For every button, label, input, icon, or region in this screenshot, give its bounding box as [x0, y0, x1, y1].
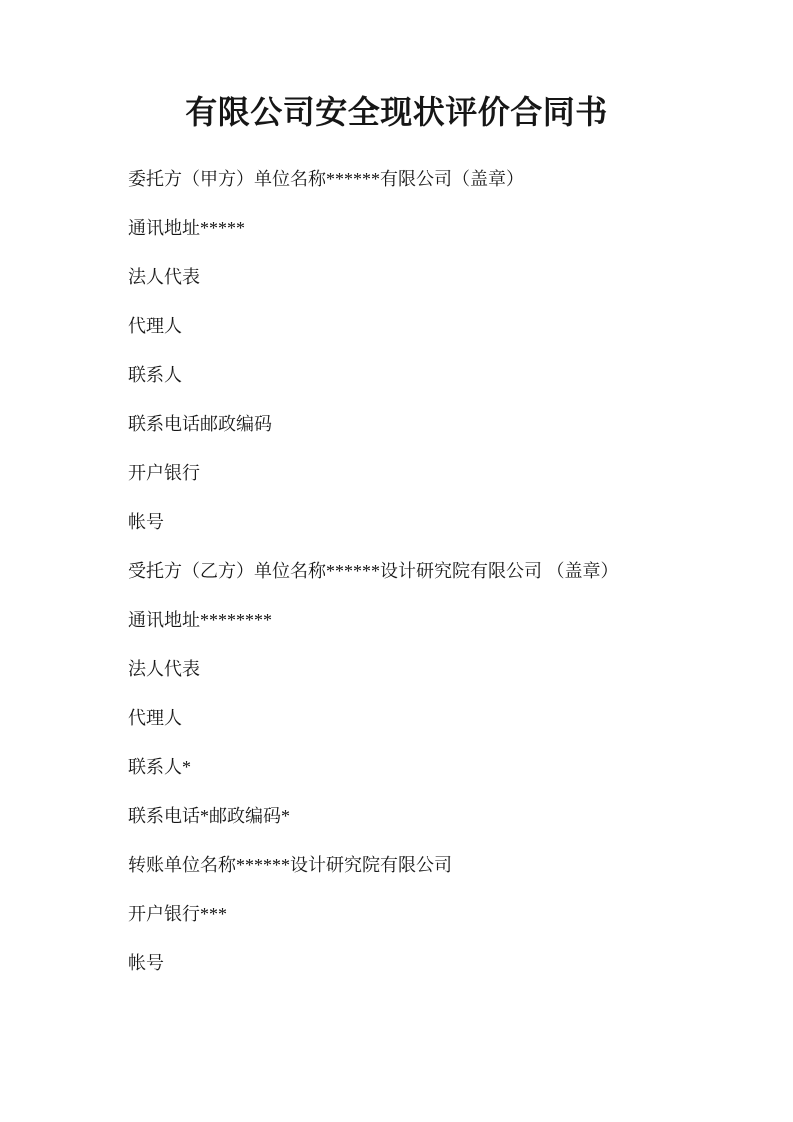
contract-line-party-a-agent: 代理人	[128, 315, 703, 337]
contract-line-party-a-account: 帐号	[128, 511, 703, 533]
document-page: 有限公司安全现状评价合同书 委托方（甲方）单位名称******有限公司（盖章） …	[0, 0, 793, 1122]
contract-line-party-a-name: 委托方（甲方）单位名称******有限公司（盖章）	[128, 168, 703, 190]
contract-line-party-b-contact: 联系人*	[128, 756, 703, 778]
contract-line-party-a-bank: 开户银行	[128, 462, 703, 484]
contract-line-party-a-contact: 联系人	[128, 364, 703, 386]
contract-line-party-b-phone-postcode: 联系电话*邮政编码*	[128, 805, 703, 827]
contract-line-party-a-address: 通讯地址*****	[128, 217, 703, 239]
contract-line-party-b-legal-rep: 法人代表	[128, 658, 703, 680]
contract-line-party-b-name: 受托方（乙方）单位名称******设计研究院有限公司 （盖章）	[128, 560, 703, 582]
contract-line-party-b-agent: 代理人	[128, 707, 703, 729]
contract-line-party-b-account: 帐号	[128, 952, 703, 974]
document-title: 有限公司安全现状评价合同书	[0, 0, 793, 131]
document-body: 委托方（甲方）单位名称******有限公司（盖章） 通讯地址***** 法人代表…	[0, 168, 793, 974]
contract-line-transfer-unit-name: 转账单位名称******设计研究院有限公司	[128, 854, 703, 876]
contract-line-party-a-phone-postcode: 联系电话邮政编码	[128, 413, 703, 435]
contract-line-party-a-legal-rep: 法人代表	[128, 266, 703, 288]
contract-line-party-b-address: 通讯地址********	[128, 609, 703, 631]
contract-line-party-b-bank: 开户银行***	[128, 903, 703, 925]
